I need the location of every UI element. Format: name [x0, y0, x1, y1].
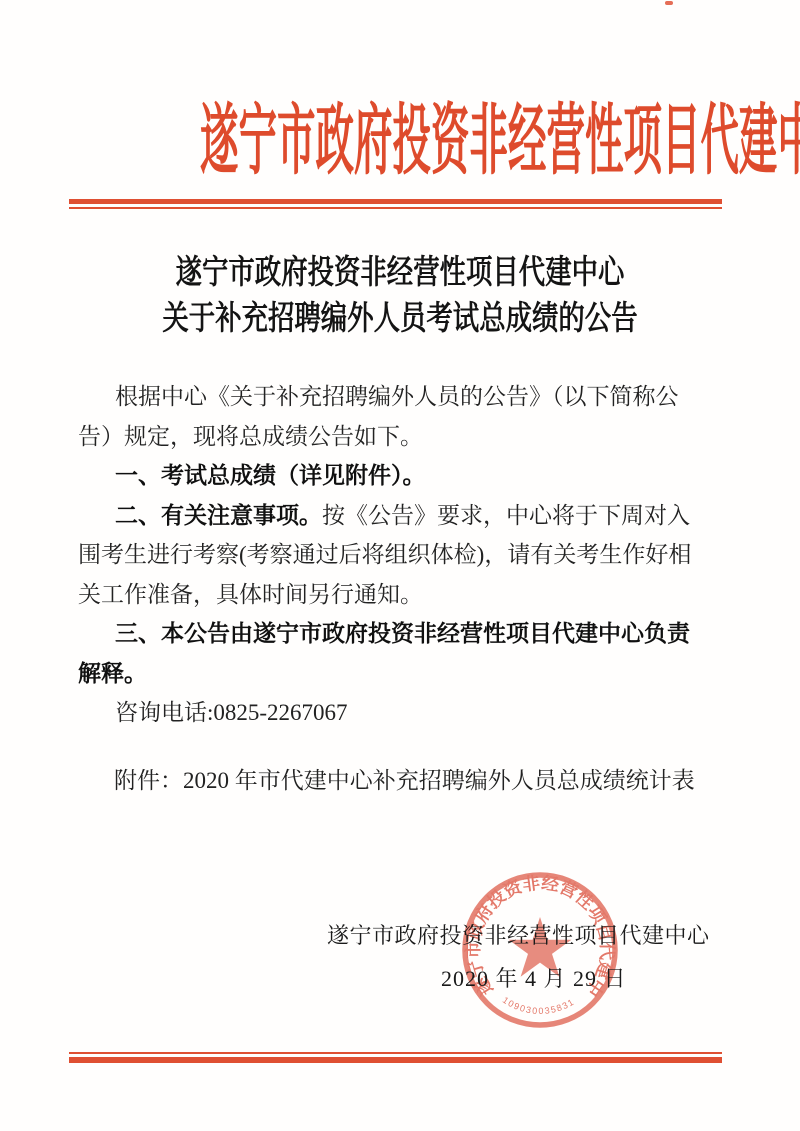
body-line: 根据中心《关于补充招聘编外人员的公告》（以下简称公 — [78, 377, 692, 417]
top-rule-thick — [69, 199, 722, 204]
seal-serial-container: 109030035831 — [501, 995, 577, 1016]
body-line-bold: 二、有关注意事项。 — [115, 502, 322, 528]
top-rule-thin — [69, 207, 722, 209]
body-line: 解释。 — [78, 654, 692, 694]
phone-number: 咨询电话:0825-2267067 — [115, 700, 348, 725]
body-line-text: 关工作准备，具体时间另行通知。 — [78, 582, 423, 607]
attachment-line: 附件：2020 年市代建中心补充招聘编外人员总成绩统计表 — [114, 761, 695, 801]
signature-date: 2020 年 4 月 29 日 — [441, 964, 627, 994]
document-title-line-1: 遂宁市政府投资非经营性项目代建中心 — [80, 250, 720, 296]
body-line: 一、考试总成绩（详见附件）。 — [78, 456, 692, 496]
body-line-text: 按《公告》要求，中心将于下周对入 — [322, 503, 690, 528]
body-line-bold: 一、考试总成绩（详见附件）。 — [115, 462, 426, 488]
bottom-rule-thick — [69, 1057, 722, 1063]
body-text: 根据中心《关于补充招聘编外人员的公告》（以下简称公 告）规定，现将总成绩公告如下… — [78, 377, 692, 733]
document-title: 遂宁市政府投资非经营性项目代建中心 关于补充招聘编外人员考试总成绩的公告 — [0, 250, 800, 342]
body-line-bold: 三、本公告由遂宁市政府投资非经营性项目代建中心负责 — [115, 620, 690, 646]
scan-artifact-speck — [665, 1, 673, 5]
body-line-bold: 解释。 — [78, 660, 147, 686]
body-line: 围考生进行考察(考察通过后将组织体检)，请有关考生作好相 — [78, 535, 692, 575]
body-line: 三、本公告由遂宁市政府投资非经营性项目代建中心负责 — [78, 614, 692, 654]
document-title-line-2: 关于补充招聘编外人员考试总成绩的公告 — [80, 296, 720, 342]
body-line-text: 告）规定，现将总成绩公告如下。 — [78, 424, 423, 449]
phone-line: 咨询电话:0825-2267067 — [78, 693, 692, 733]
body-line: 二、有关注意事项。按《公告》要求，中心将于下周对入 — [78, 496, 692, 536]
body-line-text: 围考生进行考察(考察通过后将组织体检)，请有关考生作好相 — [78, 542, 691, 567]
scanned-notice-page: 遂宁市政府投资非经营性项目代建中心 遂宁市政府投资非经营性项目代建中心 关于补充… — [0, 0, 800, 1131]
body-line: 告）规定，现将总成绩公告如下。 — [78, 417, 692, 457]
body-line: 关工作准备，具体时间另行通知。 — [78, 575, 692, 615]
letterhead-title: 遂宁市政府投资非经营性项目代建中心 — [200, 90, 600, 192]
body-line-text: 根据中心《关于补充招聘编外人员的公告》（以下简称公 — [115, 384, 679, 409]
bottom-rule-thin — [69, 1052, 722, 1054]
signature-organization: 遂宁市政府投资非经营性项目代建中心 — [327, 921, 710, 951]
seal-serial-number: 109030035831 — [501, 995, 577, 1016]
